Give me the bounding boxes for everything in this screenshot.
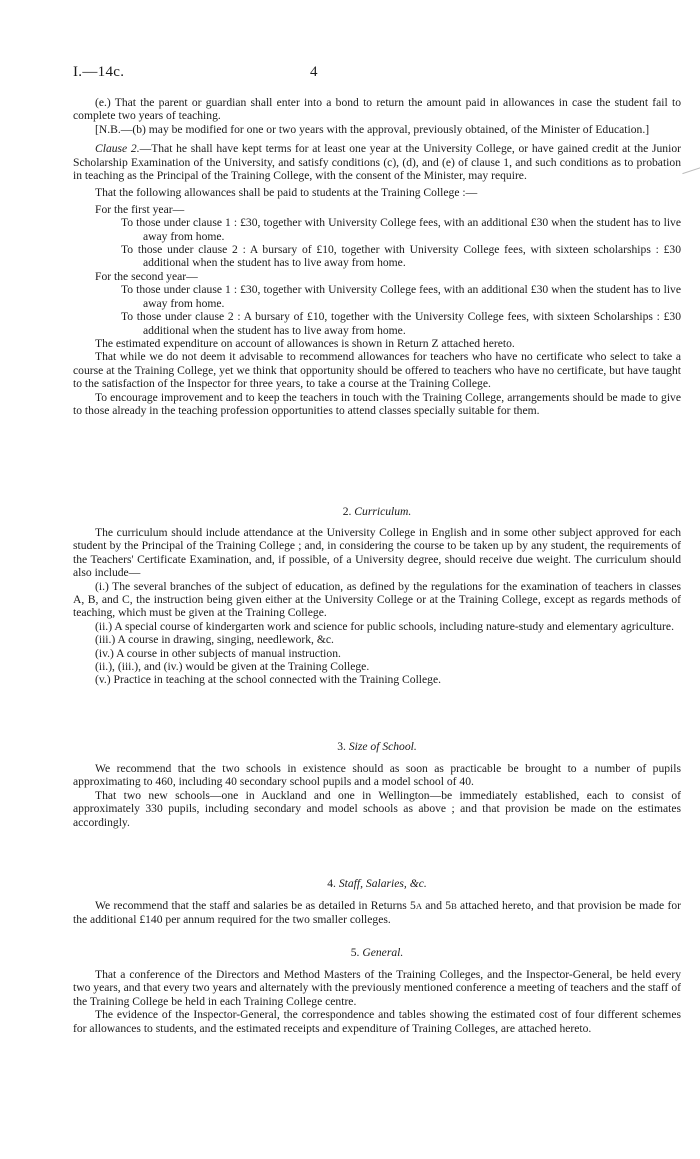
clauses-block: (e.) That the parent or guardian shall e… — [73, 96, 681, 417]
curriculum-item: (v.) Practice in teaching at the school … — [73, 673, 681, 686]
margin-mark — [682, 167, 700, 174]
uncertificated-paragraph: That while we do not deem it advisable t… — [73, 350, 681, 390]
curriculum-item: (ii.) A special course of kindergarten w… — [73, 620, 681, 633]
section-heading-curriculum: 2. Curriculum. — [73, 505, 681, 518]
allowances-intro: That the following allowances shall be p… — [73, 186, 681, 199]
second-year-item: To those under clause 2 : A bursary of £… — [73, 310, 681, 337]
general-paragraph: That a conference of the Directors and M… — [73, 968, 681, 1008]
curriculum-note: (ii.), (iii.), and (iv.) would be given … — [73, 660, 681, 673]
first-year-label: For the first year— — [73, 203, 681, 216]
staff-paragraph: We recommend that the staff and salaries… — [73, 899, 681, 927]
staff-text: We recommend that the staff and salaries… — [95, 899, 416, 912]
size-of-school-block: We recommend that the two schools in exi… — [73, 762, 681, 829]
second-year-item: To those under clause 1 : £30, together … — [73, 283, 681, 310]
section-title: Size of School. — [349, 740, 417, 753]
clause-2-label: Clause 2. — [95, 142, 140, 155]
section-heading-general: 5. General. — [73, 946, 681, 959]
staff-salaries-block: We recommend that the staff and salaries… — [73, 899, 681, 927]
page-number: 4 — [310, 64, 318, 81]
curriculum-block: The curriculum should include attendance… — [73, 526, 681, 687]
document-code: I.—14c. — [73, 64, 124, 81]
staff-text: and 5 — [422, 899, 451, 912]
size-paragraph: That two new schools—one in Auckland and… — [73, 789, 681, 829]
paragraph-clause-2: Clause 2.—That he shall have kept terms … — [73, 142, 681, 182]
encourage-paragraph: To encourage improvement and to keep the… — [73, 391, 681, 418]
section-number: 5. — [351, 946, 360, 959]
size-paragraph: We recommend that the two schools in exi… — [73, 762, 681, 789]
section-title: General. — [362, 946, 403, 959]
curriculum-item: (iv.) A course in other subjects of manu… — [73, 647, 681, 660]
section-title: Staff, Salaries, &c. — [339, 877, 427, 890]
paragraph-condition-e: (e.) That the parent or guardian shall e… — [73, 96, 681, 123]
curriculum-item: (iii.) A course in drawing, singing, nee… — [73, 633, 681, 646]
curriculum-intro: The curriculum should include attendance… — [73, 526, 681, 580]
second-year-label: For the second year— — [73, 270, 681, 283]
first-year-item: To those under clause 1 : £30, together … — [73, 216, 681, 243]
section-heading-staff-salaries: 4. Staff, Salaries, &c. — [73, 877, 681, 890]
clause-2-text: —That he shall have kept terms for at le… — [73, 142, 681, 182]
section-title: Curriculum. — [354, 505, 411, 518]
first-year-item: To those under clause 2 : A bursary of £… — [73, 243, 681, 270]
section-number: 3. — [337, 740, 346, 753]
nb-note: [N.B.—(b) may be modified for one or two… — [73, 123, 681, 136]
section-number: 2. — [343, 505, 352, 518]
document-page: I.—14c. 4 (e.) That the parent or guardi… — [0, 0, 700, 1159]
section-number: 4. — [327, 877, 336, 890]
curriculum-item: (i.) The several branches of the subject… — [73, 580, 681, 620]
expenditure-paragraph: The estimated expenditure on account of … — [73, 337, 681, 350]
general-paragraph: The evidence of the Inspector-General, t… — [73, 1008, 681, 1035]
general-block: That a conference of the Directors and M… — [73, 968, 681, 1035]
section-heading-size-of-school: 3. Size of School. — [73, 740, 681, 753]
